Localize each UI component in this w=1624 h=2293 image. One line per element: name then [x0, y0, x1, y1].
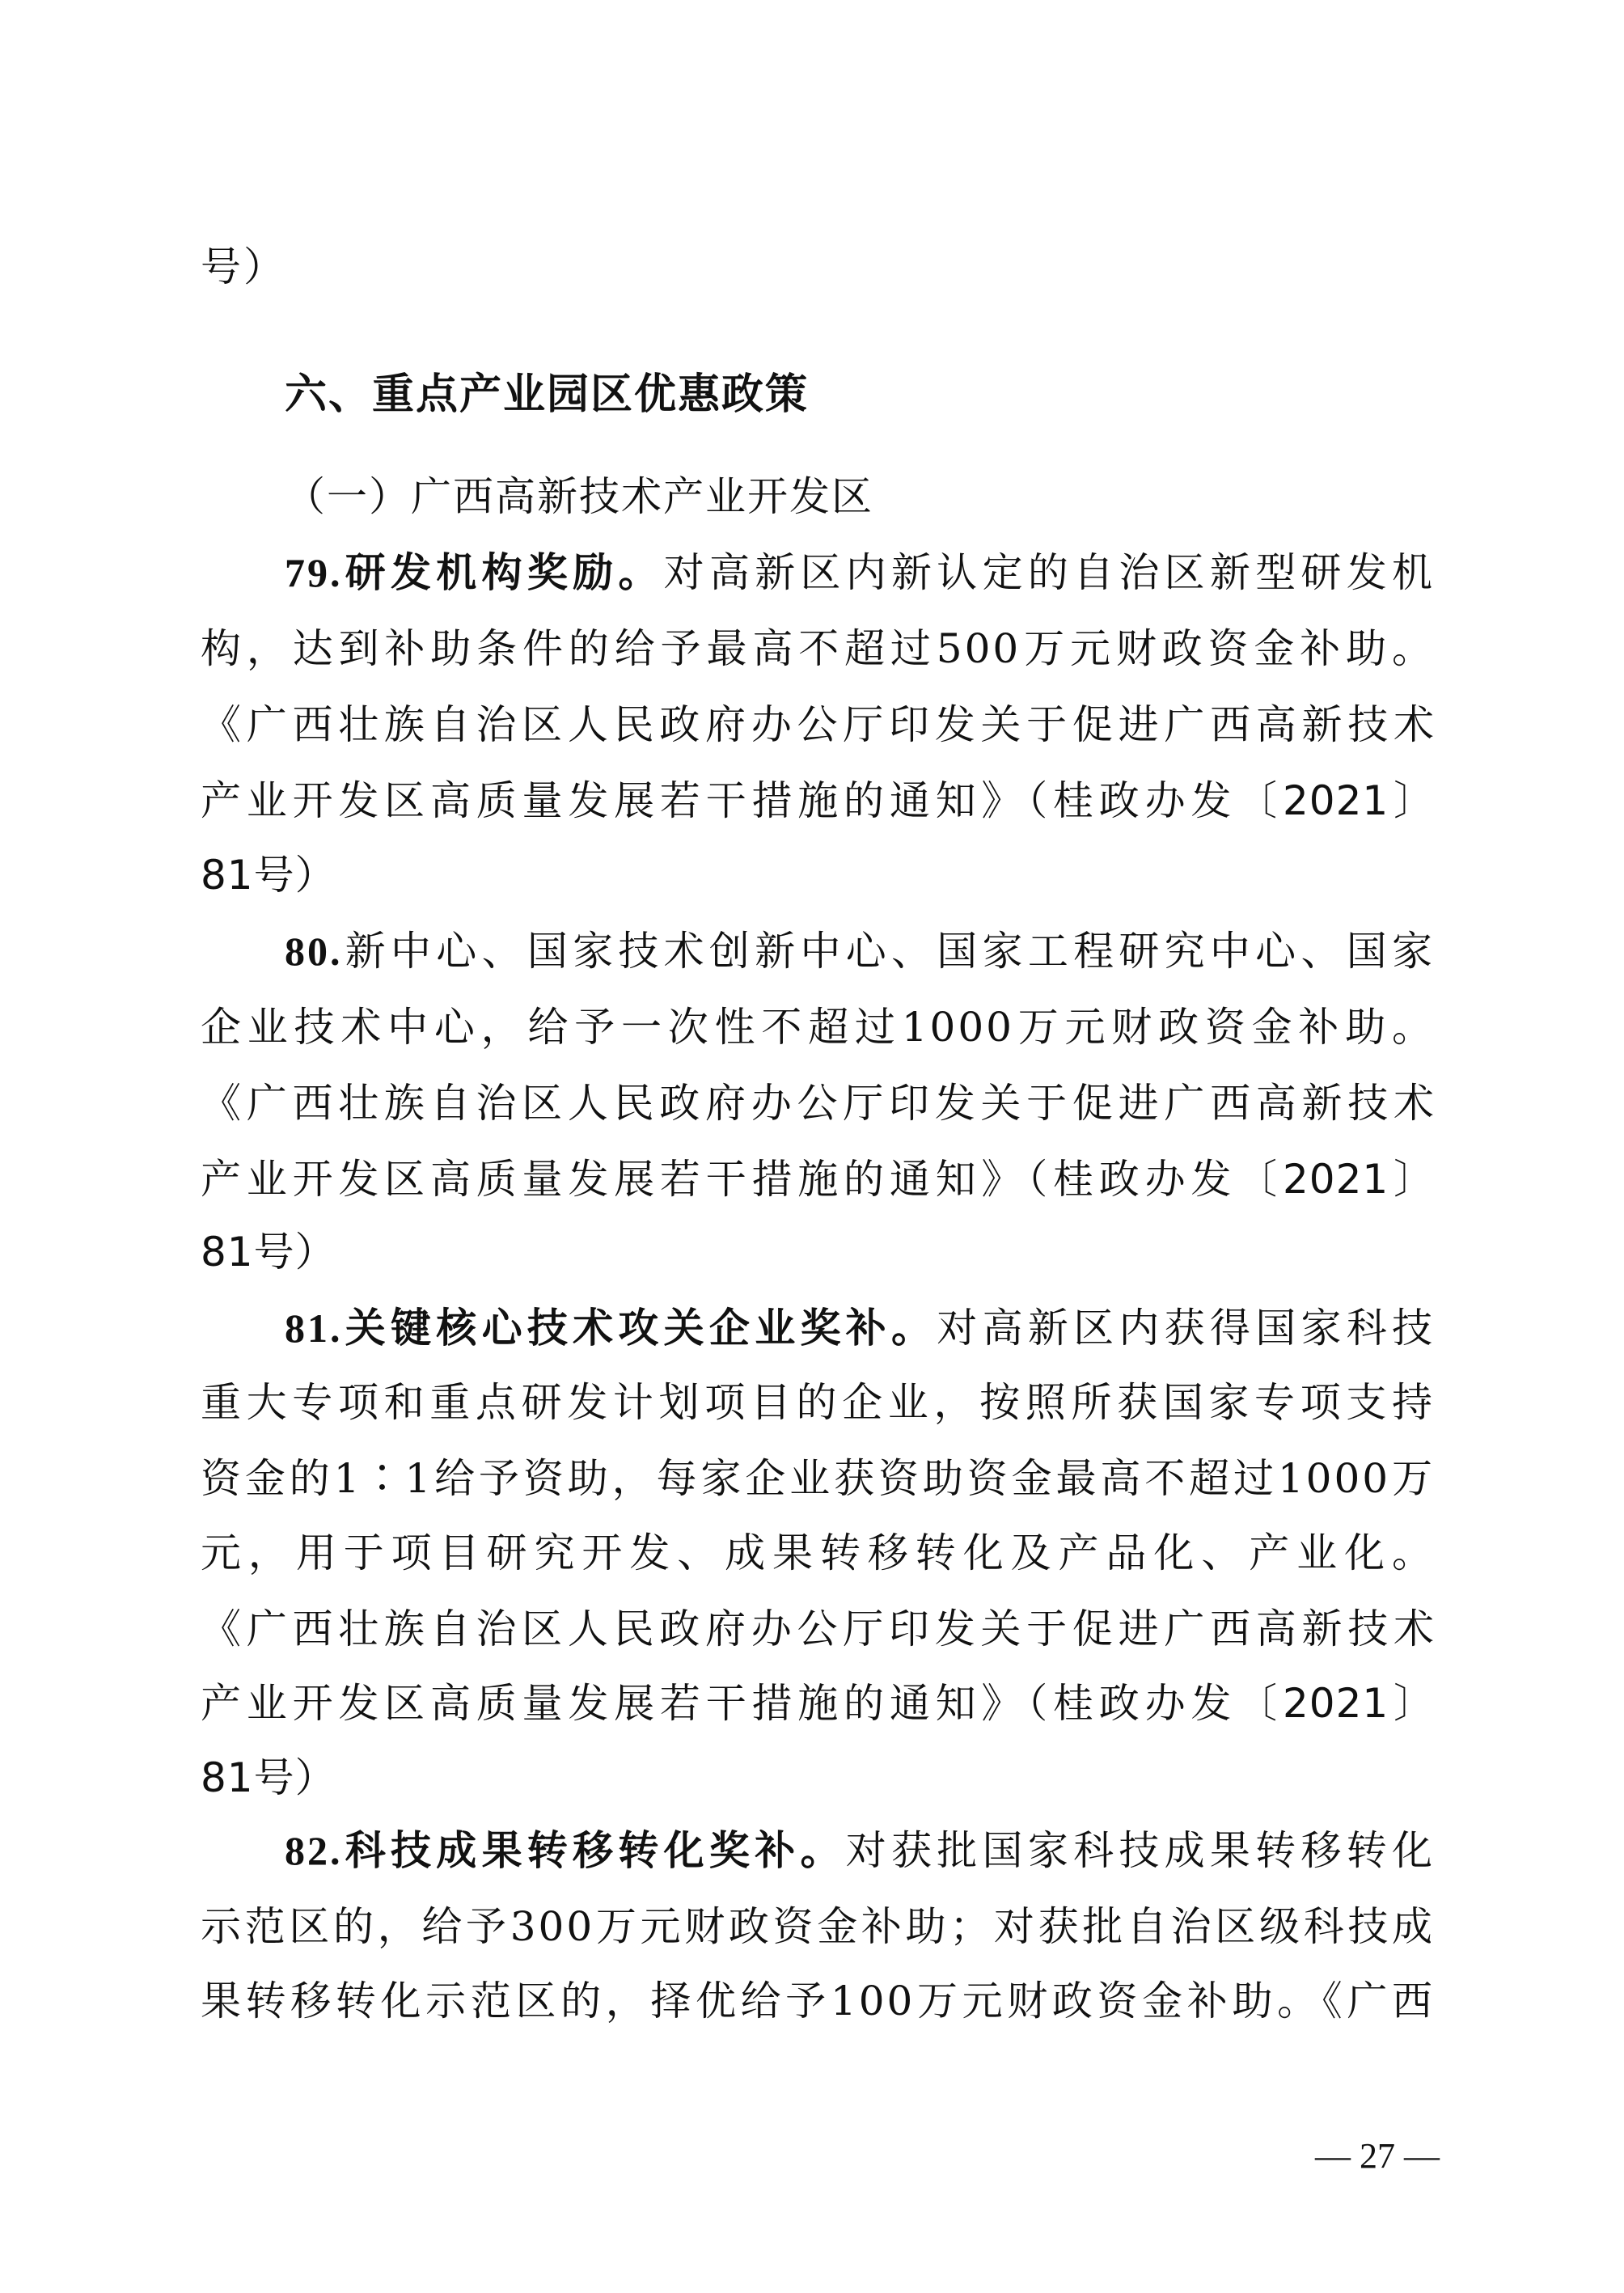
subsection-heading: （一）广西高新技术产业开发区 — [285, 472, 1519, 521]
item-79-line-1: 79.研发机构奖励。对高新区内新认定的自治区新型研发机 — [285, 548, 1435, 597]
item-title: 研发机构奖励。 — [343, 549, 664, 596]
document-page: 号） 六、重点产业园区优惠政策 （一）广西高新技术产业开发区 79.研发机构奖励… — [0, 0, 1624, 2293]
item-title: 科技成果转移转化奖补。 — [343, 1827, 846, 1874]
item-title: 关键核心技术攻关企业奖补。 — [343, 1305, 937, 1352]
item-81-source-3: 81号） — [201, 1754, 1435, 1802]
item-text: 对高新区内获得国家科技 — [937, 1305, 1435, 1352]
item-82-line-1: 82.科技成果转移转化奖补。对获批国家科技成果转移转化 — [285, 1826, 1435, 1875]
item-80-source-2: 产业开发区高质量发展若干措施的通知》（桂政办发〔2021〕 — [201, 1155, 1435, 1204]
item-number: 82. — [285, 1828, 343, 1873]
item-text: 对高新区内新认定的自治区新型研发机 — [664, 549, 1435, 596]
item-80-source-1: 《广西壮族自治区人民政府办公厅印发关于促进广西高新技术 — [201, 1079, 1435, 1127]
item-80-line-2: 企业技术中心，给予一次性不超过1000万元财政资金补助。 — [201, 1003, 1435, 1051]
item-81-line-4: 元，用于项目研究开发、成果转移转化及产品化、产业化。 — [201, 1529, 1435, 1577]
continuation-text: 号） — [201, 243, 1435, 291]
item-81-source-2: 产业开发区高质量发展若干措施的通知》（桂政办发〔2021〕 — [201, 1679, 1435, 1728]
item-number: 80. — [285, 929, 343, 974]
item-81-source-1: 《广西壮族自治区人民政府办公厅印发关于促进广西高新技术 — [201, 1605, 1435, 1653]
item-text: 对获批国家科技成果转移转化 — [846, 1827, 1435, 1874]
item-79-line-2: 构，达到补助条件的给予最高不超过500万元财政资金补助。 — [201, 624, 1435, 673]
page-number: — 27 — — [1262, 2135, 1440, 2177]
item-81-line-3: 资金的1∶1给予资助，每家企业获资助资金最高不超过1000万 — [201, 1454, 1435, 1503]
item-text: 新中心、国家技术创新中心、国家工程研究中心、国家 — [343, 928, 1436, 975]
item-82-line-2: 示范区的，给予300万元财政资金补助；对获批自治区级科技成 — [201, 1902, 1435, 1951]
item-79-source-3: 81号） — [201, 851, 1435, 899]
item-80-line-1: 80.新中心、国家技术创新中心、国家工程研究中心、国家 — [285, 927, 1435, 975]
item-number: 79. — [285, 550, 343, 595]
section-heading: 六、重点产业园区优惠政策 — [285, 370, 1519, 419]
item-81-line-1: 81.关键核心技术攻关企业奖补。对高新区内获得国家科技 — [285, 1304, 1435, 1352]
item-number: 81. — [285, 1305, 343, 1351]
item-81-line-2: 重大专项和重点研发计划项目的企业，按照所获国家专项支持 — [201, 1378, 1435, 1427]
item-79-source-2: 产业开发区高质量发展若干措施的通知》（桂政办发〔2021〕 — [201, 776, 1435, 825]
item-79-source-1: 《广西壮族自治区人民政府办公厅印发关于促进广西高新技术 — [201, 700, 1435, 749]
item-80-source-3: 81号） — [201, 1228, 1435, 1276]
item-82-line-3: 果转移转化示范区的，择优给予100万元财政资金补助。《广西 — [201, 1977, 1435, 2025]
